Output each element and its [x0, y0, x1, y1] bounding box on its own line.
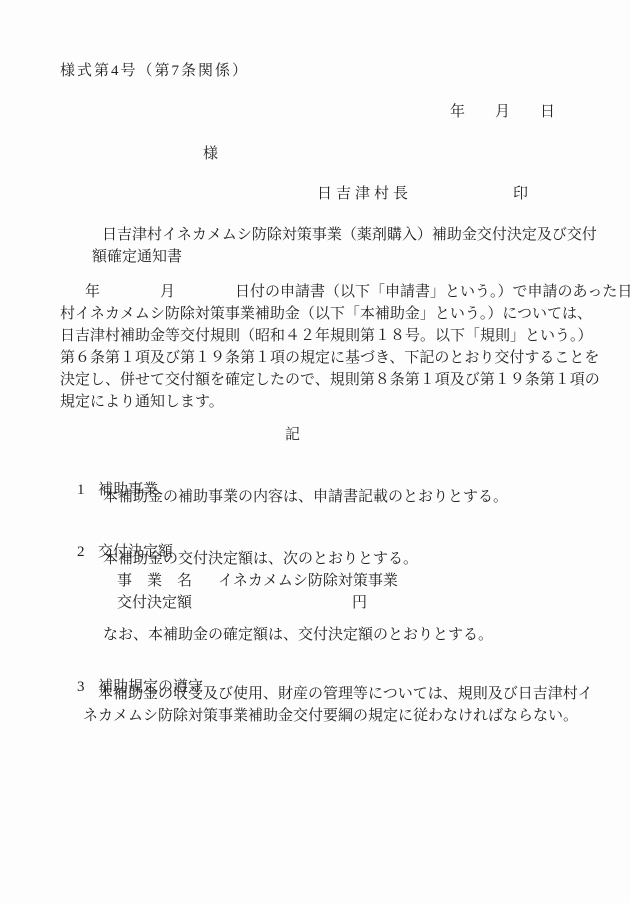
grant-amount-label: 交付決定額 [117, 596, 192, 611]
body-paragraph-line2: 村イネカメムシ防除対策事業補助金（以下「本補助金」という。）については、 [60, 307, 592, 322]
section1-body: 本補助金の補助事業の内容は、申請書記載のとおりとする。 [103, 490, 508, 505]
section3-number: 3 [77, 680, 98, 695]
section3-body-line2: ネカメムシ防除対策事業補助金交付要綱の規定に従わなければならない。 [83, 709, 578, 724]
date-placeholder: 年 月 日 [450, 105, 555, 120]
grant-amount-unit: 円 [352, 596, 367, 611]
project-name-value: イネカメムシ防除対策事業 [218, 574, 398, 589]
issuer-title: 日吉津村長 [317, 187, 412, 202]
form-number: 様式第4号（第7条関係） [60, 64, 249, 79]
body-paragraph-line1: 年 月 日付の申請書（以下「申請書」という。）で申請のあった日吉津 [85, 285, 630, 300]
document-title-line2: 額確定通知書 [92, 250, 182, 265]
document-title-line1: 日吉津村イネカメムシ防除対策事業（薬剤購入）補助金交付決定及び交付 [102, 228, 597, 243]
seal-mark: 印 [513, 187, 528, 202]
project-name-label: 事 業 名 [117, 574, 192, 589]
section3-body-line1: 本補助金の収受及び使用、財産の管理等については、規則及び日吉津村イ [98, 687, 593, 702]
section2-note: なお、本補助金の確定額は、交付決定額のとおりとする。 [103, 628, 493, 643]
addressee-honorific: 様 [203, 147, 218, 162]
section1-number: 1 [77, 483, 98, 498]
ki-marker: 記 [285, 428, 300, 443]
section2-number: 2 [77, 545, 98, 560]
document-page: 様式第4号（第7条関係） 年 月 日 様 日吉津村長 印 日吉津村イネカメムシ防… [0, 0, 630, 903]
body-paragraph-line4: 第６条第１項及び第１９条第１項の規定に基づき、下記のとおり交付することを [60, 351, 599, 366]
body-paragraph-line3: 日吉津村補助金等交付規則（昭和４２年規則第１８号。以下「規則」という。） [60, 329, 593, 344]
body-paragraph-line6: 規定により通知します。 [60, 395, 224, 410]
body-paragraph-line5: 決定し、併せて交付額を確定したので、規則第８条第１項及び第１９条第１項の [60, 373, 600, 388]
section2-intro: 本補助金の交付決定額は、次のとおりとする。 [103, 552, 418, 567]
